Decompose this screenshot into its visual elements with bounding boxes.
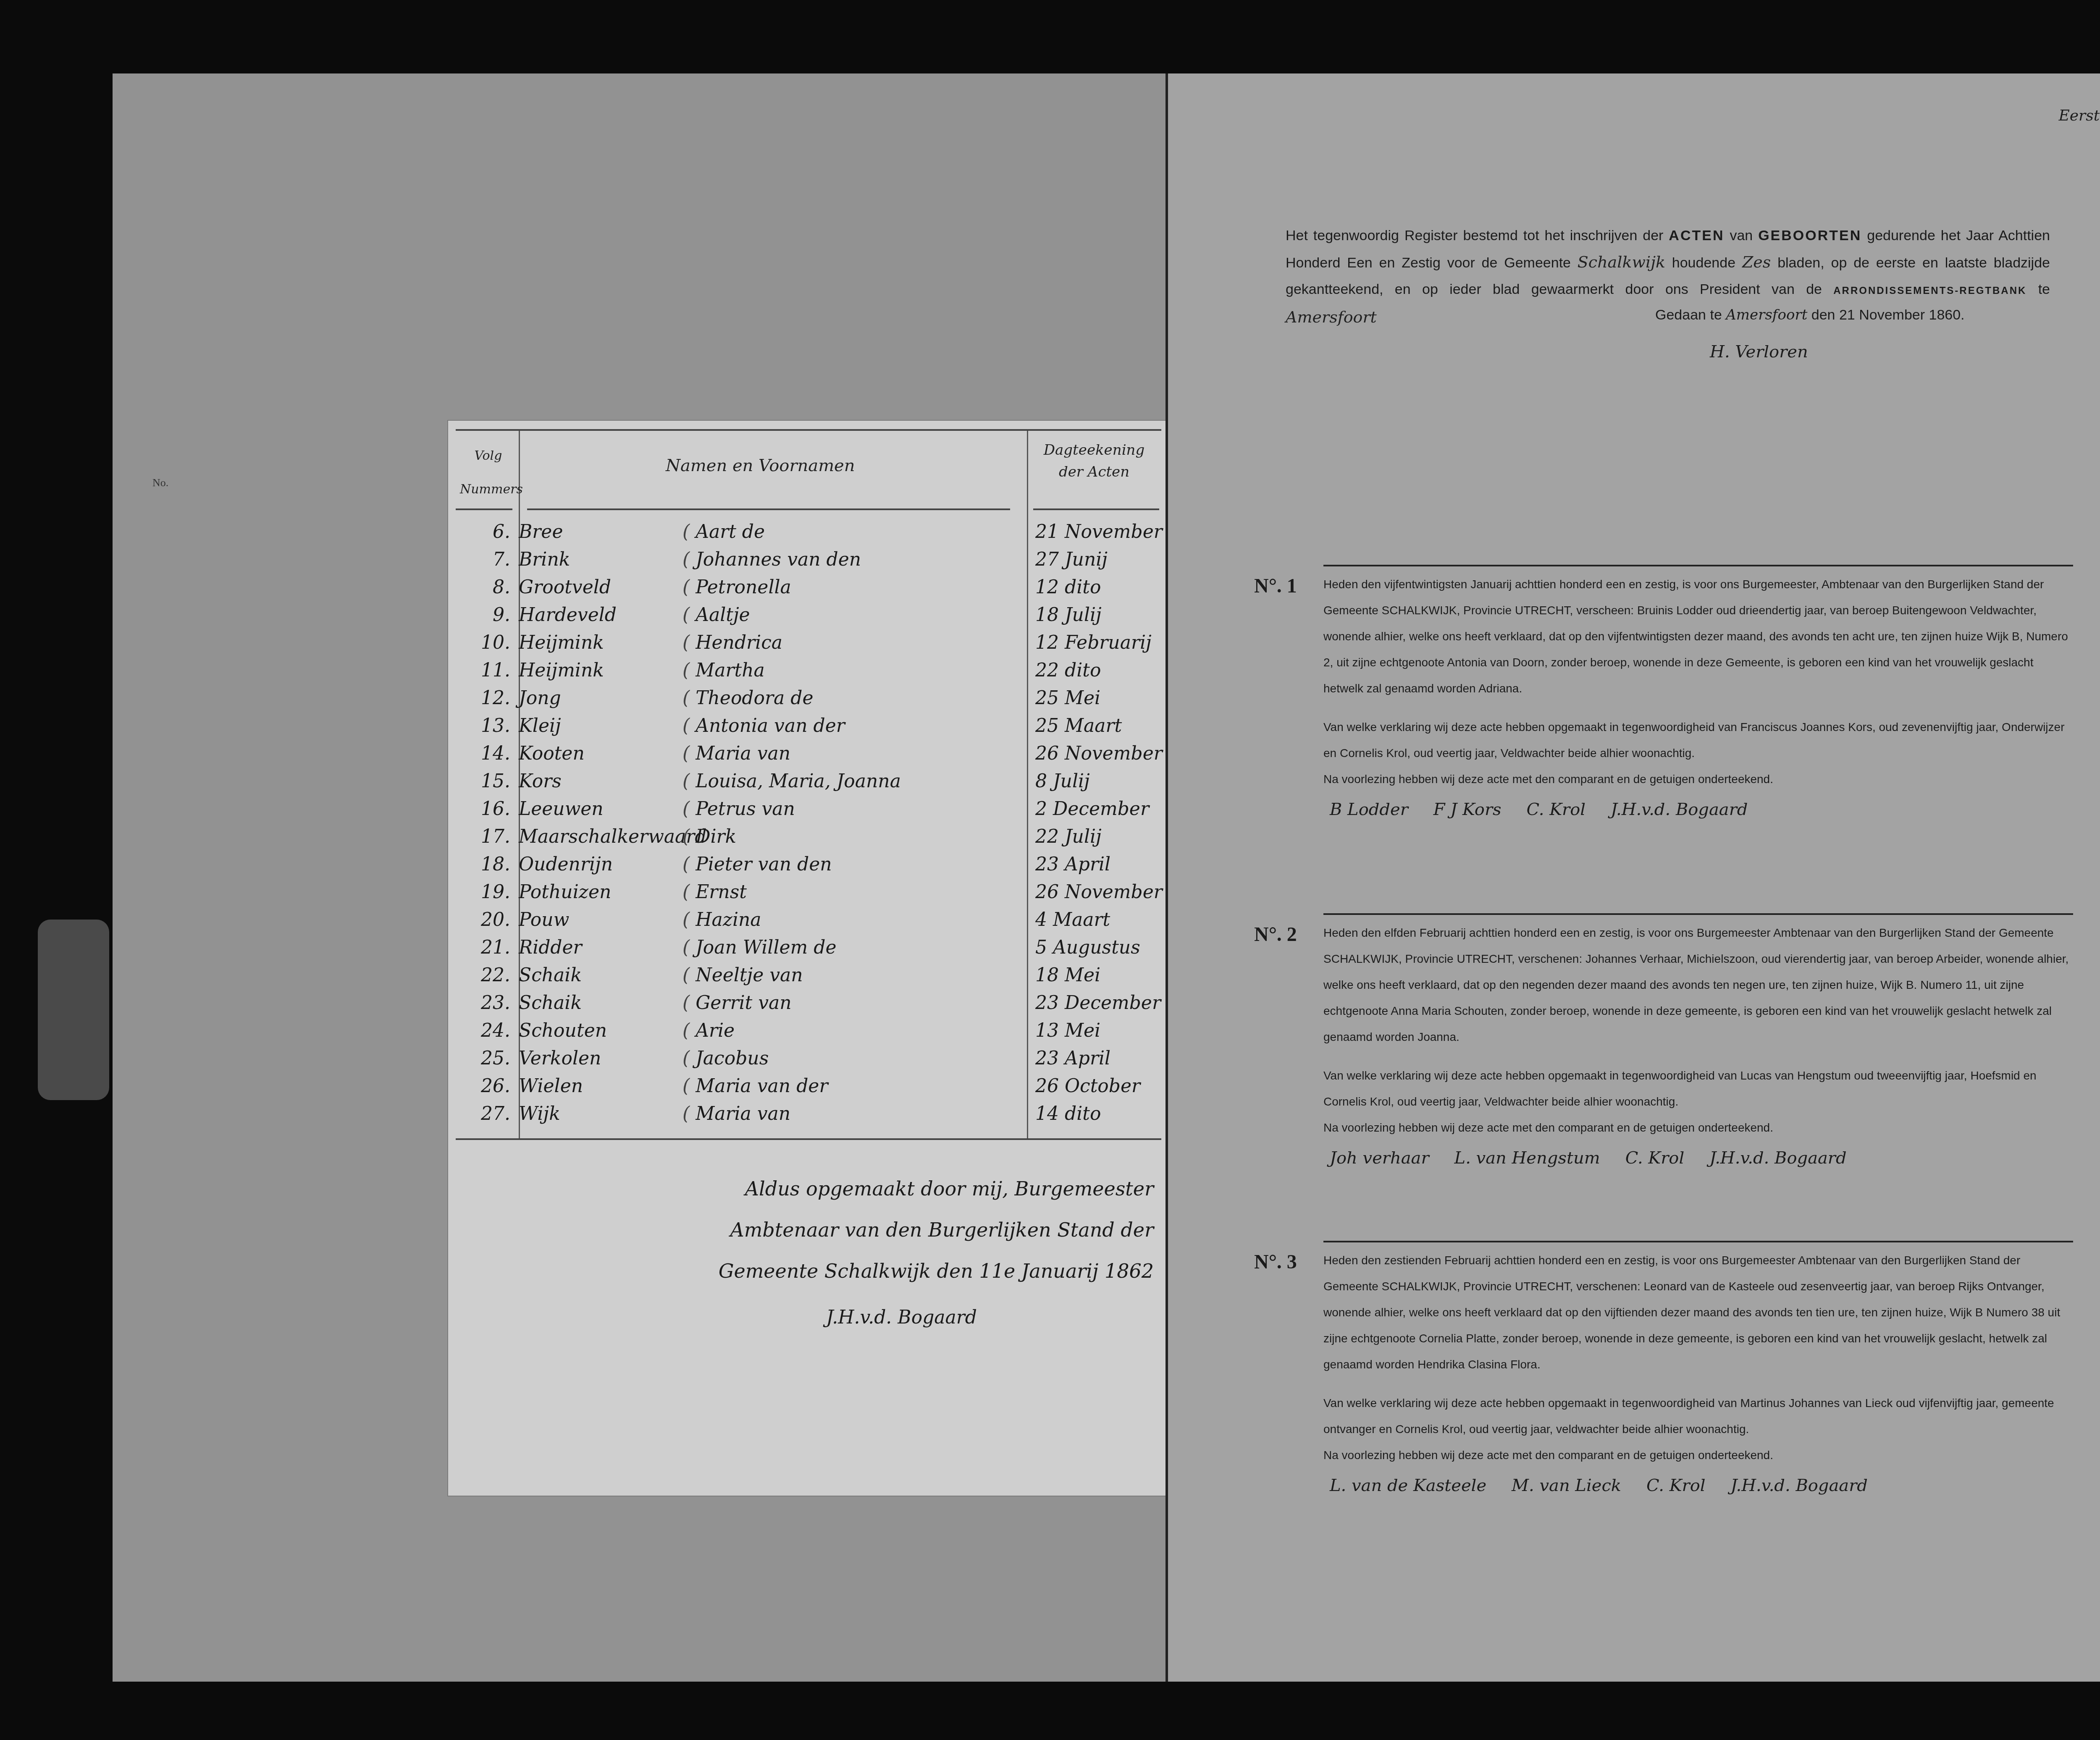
index-num: 7. — [460, 549, 510, 570]
index-given: Jacobus — [682, 1048, 769, 1069]
index-surname: Kors — [519, 770, 562, 792]
intro-text: houdende — [1672, 255, 1735, 271]
index-date: 22 dito — [1035, 660, 1101, 681]
index-given: Neeltje van — [682, 964, 803, 986]
index-given: Aaltje — [682, 604, 750, 626]
index-surname: Grootveld — [519, 577, 611, 598]
intro-text: Het tegenwoordig Register bestemd tot he… — [1286, 228, 1663, 244]
index-date: 4 Maart — [1035, 909, 1110, 930]
index-surname: Wielen — [519, 1075, 583, 1097]
index-given: Gerrit van — [682, 992, 792, 1014]
index-given: Theodora de — [682, 687, 813, 709]
act-rule — [1323, 565, 2073, 566]
index-surname: Brink — [519, 549, 570, 570]
header-names: Namen en Voornamen — [666, 456, 855, 475]
court-place: Amersfoort — [1286, 308, 1377, 326]
header-number: Volg Nummers — [460, 439, 517, 506]
index-date: 14 dito — [1035, 1103, 1101, 1124]
index-surname: Wijk — [519, 1103, 560, 1124]
index-date: 22 Julij — [1035, 826, 1102, 847]
signature: J.H.v.d. Bogaard — [1709, 1145, 1846, 1171]
index-surname: Heijmink — [519, 632, 604, 653]
index-date: 23 April — [1035, 854, 1110, 875]
signature: M. van Lieck — [1512, 1473, 1621, 1499]
index-num: 9. — [460, 604, 510, 626]
index-given: Johannes van den — [682, 549, 861, 570]
right-page: Eerste blad Het tegenwoordig Register be… — [1165, 73, 2100, 1682]
index-num: 26. — [460, 1075, 510, 1097]
act-body: Heden den elfden Februarij achttien hond… — [1323, 920, 2073, 1050]
mayor-signature: J.H.v.d. Bogaard — [826, 1307, 977, 1328]
index-surname: Schaik — [519, 964, 582, 986]
birth-act: N°. 1 Heden den vijfentwintigsten Januar… — [1288, 565, 2073, 823]
act-number: N°. 3 — [1254, 1249, 1297, 1275]
index-date: 13 Mei — [1035, 1020, 1100, 1041]
index-given: Hazina — [682, 909, 761, 930]
index-date: 26 November — [1035, 881, 1163, 903]
index-num: 16. — [460, 798, 510, 820]
index-surname: Heijmink — [519, 660, 604, 681]
act-closing: Na voorlezing hebben wij deze acte met d… — [1323, 766, 2073, 792]
court-name: ARRONDISSEMENTS-REGTBANK — [1833, 285, 2026, 296]
index-num: 17. — [460, 826, 510, 847]
index-date: 23 December — [1035, 992, 1161, 1014]
index-surname: Hardeveld — [519, 604, 617, 626]
index-date: 2 December — [1035, 798, 1149, 820]
index-given: Maria van — [682, 743, 790, 764]
index-num: 19. — [460, 881, 510, 903]
dated-date: den 21 November 1860. — [1811, 307, 1965, 323]
index-date: 26 October — [1035, 1075, 1140, 1097]
dated-place: Amersfoort — [1726, 307, 1807, 323]
index-surname: Verkolen — [519, 1048, 601, 1069]
act-witnesses: Van welke verklaring wij deze acte hebbe… — [1323, 1063, 2073, 1115]
index-surname: Leeuwen — [519, 798, 604, 820]
act-closing: Na voorlezing hebben wij deze acte met d… — [1323, 1115, 2073, 1141]
act-rule — [1323, 1241, 2073, 1242]
gemeente-name: Schalkwijk — [1578, 253, 1665, 271]
scan-artifact — [38, 920, 109, 1100]
act-signatures: Joh verhaarL. van HengstumC. KrolJ.H.v.d… — [1330, 1145, 2073, 1171]
index-date: 12 dito — [1035, 577, 1101, 598]
index-num: 25. — [460, 1048, 510, 1069]
index-given: Martha — [682, 660, 765, 681]
index-date: 23 April — [1035, 1048, 1110, 1069]
index-given: Petronella — [682, 577, 791, 598]
index-num: 14. — [460, 743, 510, 764]
index-surname: Bree — [519, 521, 563, 542]
act-witnesses: Van welke verklaring wij deze acte hebbe… — [1323, 1390, 2073, 1442]
act-rule — [1323, 913, 2073, 915]
signature: C. Krol — [1646, 1473, 1706, 1499]
index-given: Arie — [682, 1020, 735, 1041]
index-num: 21. — [460, 937, 510, 958]
index-given: Dirk — [682, 826, 736, 847]
index-num: 12. — [460, 687, 510, 709]
index-date: 18 Mei — [1035, 964, 1100, 986]
index-surname: Maarschalkerwaard — [519, 826, 706, 847]
signature: L. van Hengstum — [1454, 1145, 1600, 1171]
birth-act: N°. 2 Heden den elfden Februarij achttie… — [1288, 913, 2073, 1171]
act-body: Heden den zestienden Februarij achttien … — [1323, 1247, 2073, 1378]
index-surname: Pouw — [519, 909, 569, 930]
index-num: 23. — [460, 992, 510, 1014]
index-given: Maria van der — [682, 1075, 828, 1097]
dated-line: Gedaan te Amersfoort den 21 November 186… — [1655, 307, 1965, 323]
index-num: 15. — [460, 770, 510, 792]
index-num: 10. — [460, 632, 510, 653]
signature: L. van de Kasteele — [1330, 1473, 1486, 1499]
index-num: 11. — [460, 660, 510, 681]
index-given: Pieter van den — [682, 854, 832, 875]
act-number: N°. 1 — [1254, 573, 1297, 599]
margin-mark: No. — [152, 477, 168, 489]
act-signatures: L. van de KasteeleM. van LieckC. KrolJ.H… — [1330, 1473, 2073, 1499]
index-given: Aart de — [682, 521, 765, 542]
intro-text: van — [1730, 228, 1753, 244]
index-num: 24. — [460, 1020, 510, 1041]
closing-line: Ambtenaar van den Burgerlijken Stand der — [667, 1209, 1154, 1250]
index-given: Antonia van der — [682, 715, 845, 736]
index-surname: Schaik — [519, 992, 582, 1014]
index-date: 18 Julij — [1035, 604, 1102, 626]
index-sheet: Volg Nummers Namen en Voornamen Dagteeke… — [447, 420, 1169, 1496]
index-date: 12 Februarij — [1035, 632, 1152, 653]
index-surname: Pothuizen — [519, 881, 611, 903]
index-surname: Kooten — [519, 743, 585, 764]
index-date: 26 November — [1035, 743, 1163, 764]
index-num: 18. — [460, 854, 510, 875]
index-date: 8 Julij — [1035, 770, 1090, 792]
signature: F J Kors — [1433, 797, 1501, 823]
index-surname: Jong — [519, 687, 561, 709]
header-date: Dagteekening der Acten — [1031, 439, 1157, 483]
index-num: 20. — [460, 909, 510, 930]
index-date: 21 November — [1035, 521, 1163, 542]
intro-text: te — [2038, 281, 2050, 297]
closing-line: Gemeente Schalkwijk den 11e Januarij 186… — [667, 1250, 1154, 1292]
dated-pre: Gedaan te — [1655, 307, 1722, 323]
closing-line: Aldus opgemaakt door mij, Burgemeester — [667, 1168, 1154, 1209]
index-surname: Schouten — [519, 1020, 607, 1041]
header-rule — [527, 508, 1010, 510]
page-count: Zes — [1742, 253, 1771, 271]
index-num: 27. — [460, 1103, 510, 1124]
index-given: Hendrica — [682, 632, 782, 653]
signature: J.H.v.d. Bogaard — [1731, 1473, 1868, 1499]
index-given: Louisa, Maria, Joanna — [682, 770, 901, 792]
index-surname: Kleij — [519, 715, 561, 736]
closing-statement: Aldus opgemaakt door mij, Burgemeester A… — [667, 1168, 1154, 1292]
act-signatures: B LodderF J KorsC. KrolJ.H.v.d. Bogaard — [1330, 797, 2073, 823]
index-surname: Oudenrijn — [519, 854, 613, 875]
signature: B Lodder — [1330, 797, 1408, 823]
index-date: 5 Augustus — [1035, 937, 1140, 958]
birth-act: N°. 3 Heden den zestienden Februarij ach… — [1288, 1241, 2073, 1499]
header-rule — [456, 508, 512, 510]
index-row: 27.WijkMaria van14 dito — [456, 1103, 1161, 1136]
act-body: Heden den vijfentwintigsten Januarij ach… — [1323, 571, 2073, 702]
signature: Joh verhaar — [1330, 1145, 1429, 1171]
index-date: 25 Mei — [1035, 687, 1100, 709]
birth-index-table: Volg Nummers Namen en Voornamen Dagteeke… — [456, 429, 1161, 1140]
index-date: 27 Junij — [1035, 549, 1108, 570]
index-given: Joan Willem de — [682, 937, 836, 958]
index-num: 6. — [460, 521, 510, 542]
act-number: N°. 2 — [1254, 922, 1297, 948]
index-num: 22. — [460, 964, 510, 986]
acten-label: ACTEN — [1669, 228, 1724, 244]
act-witnesses: Van welke verklaring wij deze acte hebbe… — [1323, 714, 2073, 766]
header-rule — [1033, 508, 1159, 510]
geboorten-label: GEBOORTEN — [1758, 228, 1861, 244]
index-num: 13. — [460, 715, 510, 736]
president-signature: H. Verloren — [1710, 342, 1808, 362]
signature: J.H.v.d. Bogaard — [1611, 797, 1748, 823]
signature: C. Krol — [1625, 1145, 1685, 1171]
act-closing: Na voorlezing hebben wij deze acte met d… — [1323, 1442, 2073, 1468]
index-num: 8. — [460, 577, 510, 598]
signature: C. Krol — [1527, 797, 1586, 823]
index-given: Petrus van — [682, 798, 795, 820]
index-given: Maria van — [682, 1103, 790, 1124]
index-surname: Ridder — [519, 937, 582, 958]
corner-note: Eerste blad — [2058, 107, 2100, 124]
index-date: 25 Maart — [1035, 715, 1122, 736]
index-given: Ernst — [682, 881, 747, 903]
